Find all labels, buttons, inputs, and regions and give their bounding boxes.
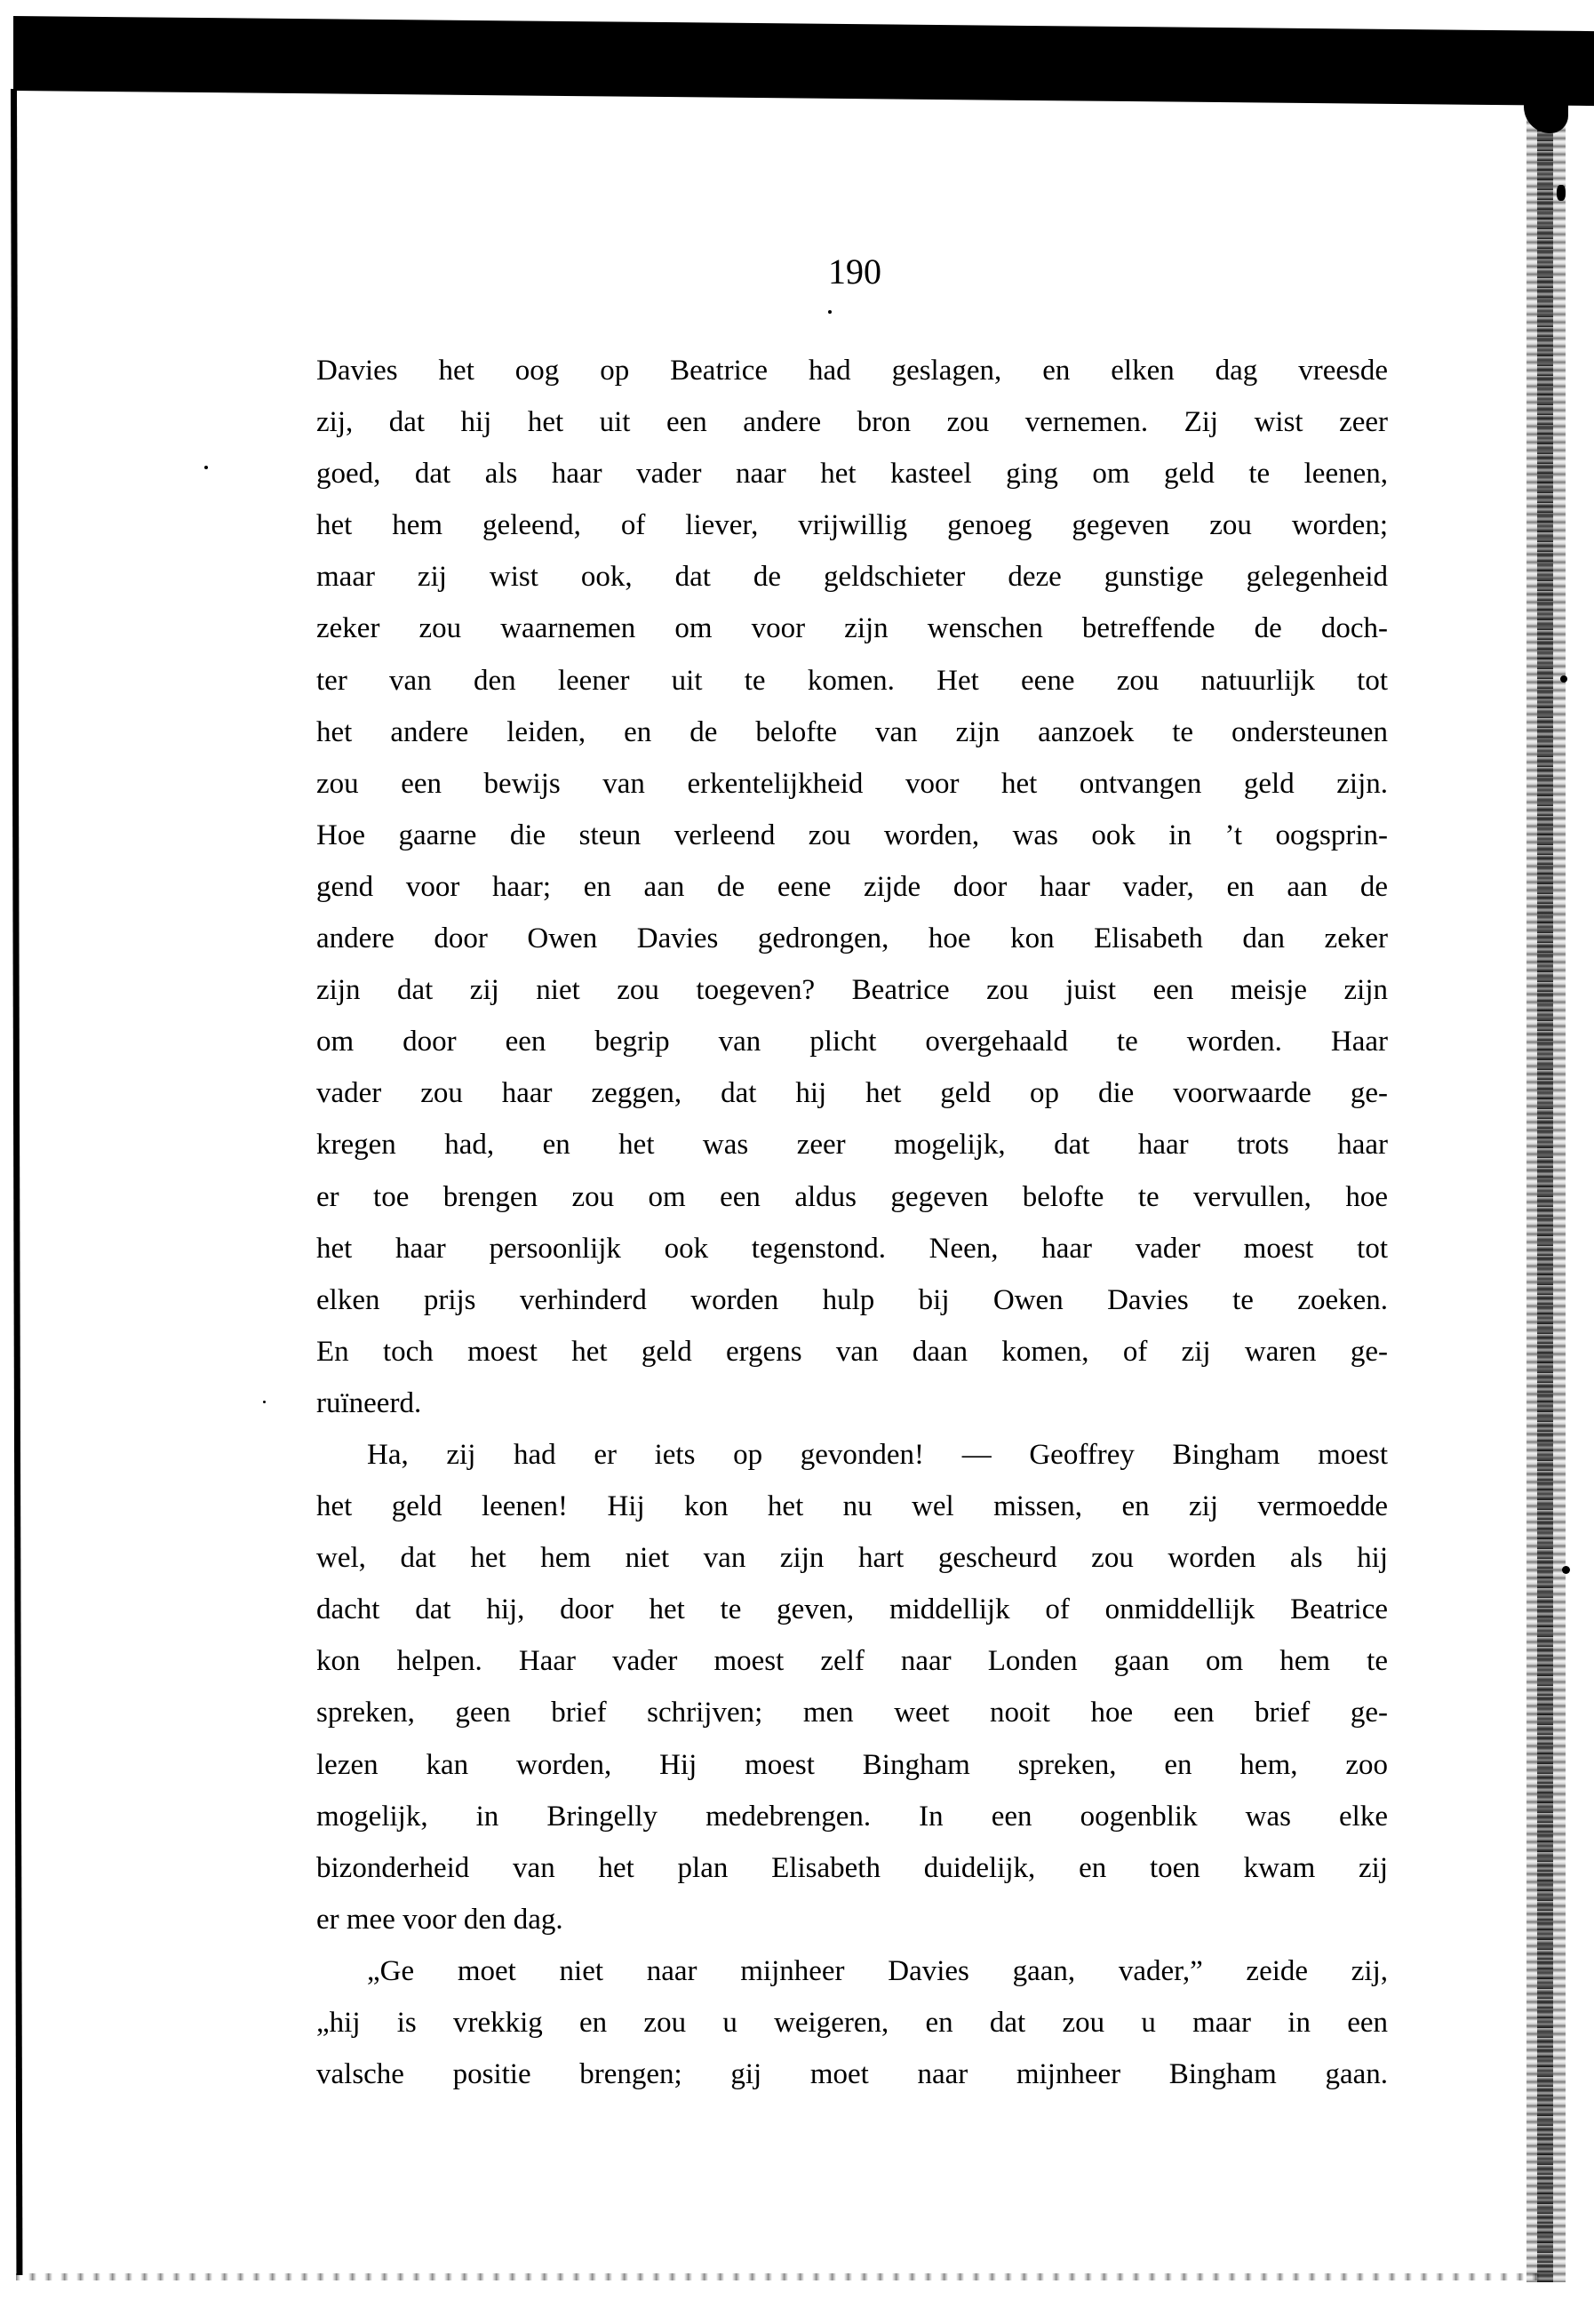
text-line: andere door Owen Davies gedrongen, hoe k… <box>316 913 1388 964</box>
text-line: dacht dat hij, door het te geven, middel… <box>316 1584 1388 1635</box>
text-line: Davies het oog op Beatrice had geslagen,… <box>316 345 1388 396</box>
text-line: valsche positie brengen; gij moet naar m… <box>316 2048 1388 2100</box>
text-line: zij, dat hij het uit een andere bron zou… <box>316 396 1388 448</box>
text-line: kon helpen. Haar vader moest zelf naar L… <box>316 1635 1388 1687</box>
paragraph: „Ge moet niet naar mijnheer Davies gaan,… <box>316 1945 1388 2100</box>
text-line: elken prijs verhinderd worden hulp bij O… <box>316 1274 1388 1326</box>
text-line: zijn dat zij niet zou toegeven? Beatrice… <box>316 964 1388 1016</box>
text-line: wel, dat het hem niet van zijn hart gesc… <box>316 1532 1388 1584</box>
scan-speck <box>204 466 208 469</box>
text-line: lezen kan worden, Hij moest Bingham spre… <box>316 1739 1388 1791</box>
text-line: gend voor haar; en aan de eene zijde doo… <box>316 861 1388 913</box>
text-line: Hoe gaarne die steun verleend zou worden… <box>316 810 1388 861</box>
text-line: goed, dat als haar vader naar het kastee… <box>316 448 1388 499</box>
scan-top-border <box>13 16 1594 106</box>
text-line: het haar persoonlijk ook tegenstond. Nee… <box>316 1223 1388 1274</box>
scan-left-border <box>11 89 22 2275</box>
text-line: ter van den leener uit te komen. Het een… <box>316 655 1388 707</box>
text-line: bizonderheid van het plan Elisabeth duid… <box>316 1842 1388 1894</box>
text-line: „Ge moet niet naar mijnheer Davies gaan,… <box>316 1945 1388 1997</box>
text-line: mogelijk, in Bringelly medebrengen. In e… <box>316 1791 1388 1842</box>
text-line: „hij is vrekkig en zou u weigeren, en da… <box>316 1997 1388 2048</box>
text-line: kregen had, en het was zeer mogelijk, da… <box>316 1119 1388 1170</box>
text-line: om door een begrip van plicht overgehaal… <box>316 1016 1388 1067</box>
text-line: het geld leenen! Hij kon het nu wel miss… <box>316 1481 1388 1532</box>
text-line: er mee voor den dag. <box>316 1894 1388 1945</box>
scan-speck <box>1562 1566 1570 1574</box>
text-line: zou een bewijs van erkentelijkheid voor … <box>316 758 1388 810</box>
text-line: het andere leiden, en de belofte van zij… <box>316 707 1388 758</box>
text-line: vader zou haar zeggen, dat hij het geld … <box>316 1067 1388 1119</box>
text-line: er toe brengen zou om een aldus gegeven … <box>316 1171 1388 1223</box>
text-line: zeker zou waarnemen om voor zijn wensche… <box>316 603 1388 654</box>
text-line: ruïneerd. <box>316 1378 1388 1429</box>
text-line: spreken, geen brief schrijven; men weet … <box>316 1687 1388 1738</box>
text-line: En toch moest het geld ergens van daan k… <box>316 1326 1388 1378</box>
page-number-dot <box>828 310 832 314</box>
text-line: Ha, zij had er iets op gevonden! — Geoff… <box>316 1429 1388 1481</box>
scan-speck <box>1557 185 1566 201</box>
scan-speck <box>263 1401 266 1403</box>
paragraph: Davies het oog op Beatrice had geslagen,… <box>316 345 1388 1429</box>
scan-speck <box>1560 675 1567 683</box>
text-line: het hem geleend, of liever, vrijwillig g… <box>316 499 1388 551</box>
text-line: maar zij wist ook, dat de geldschieter d… <box>316 551 1388 603</box>
page-number: 190 <box>0 251 1594 293</box>
scan-right-border-core <box>1537 96 1553 2282</box>
scan-bottom-border <box>16 2273 1544 2280</box>
body-text: Davies het oog op Beatrice had geslagen,… <box>316 345 1388 2100</box>
paragraph: Ha, zij had er iets op gevonden! — Geoff… <box>316 1429 1388 1945</box>
